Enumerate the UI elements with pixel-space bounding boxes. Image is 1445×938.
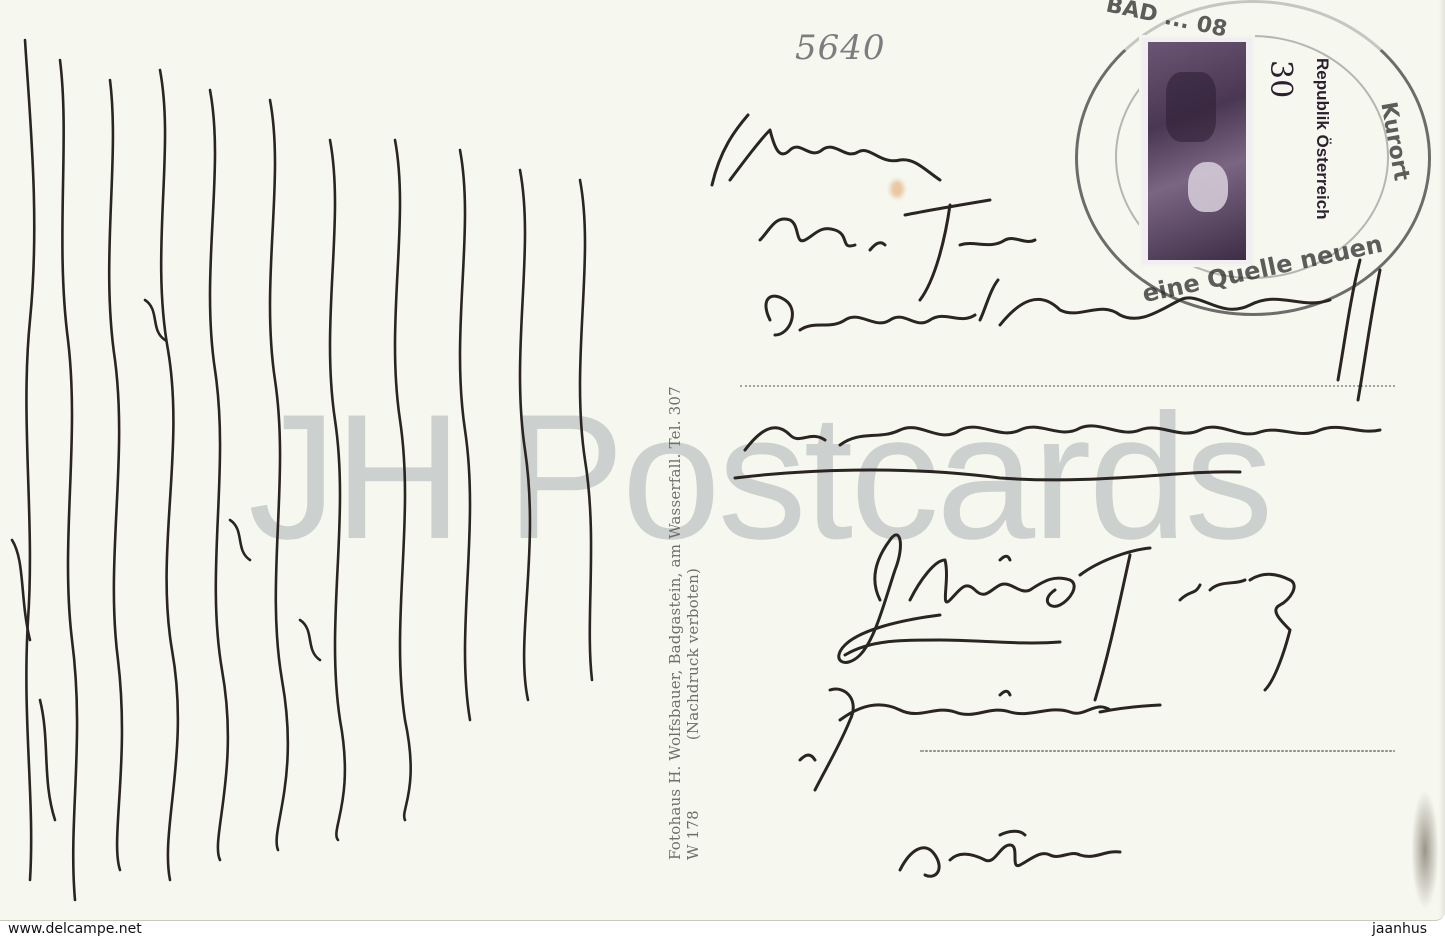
handwriting-layer <box>0 0 1445 920</box>
postcard-back: 5640 JH Postcards Fotohaus H. Wolfsbauer… <box>0 0 1445 921</box>
handwritten-address <box>712 115 1380 876</box>
credit-jaanhus: jaanhus <box>1372 920 1427 938</box>
handwritten-message <box>12 40 592 900</box>
credit-delcampe: www.delcampe.net <box>8 920 142 938</box>
